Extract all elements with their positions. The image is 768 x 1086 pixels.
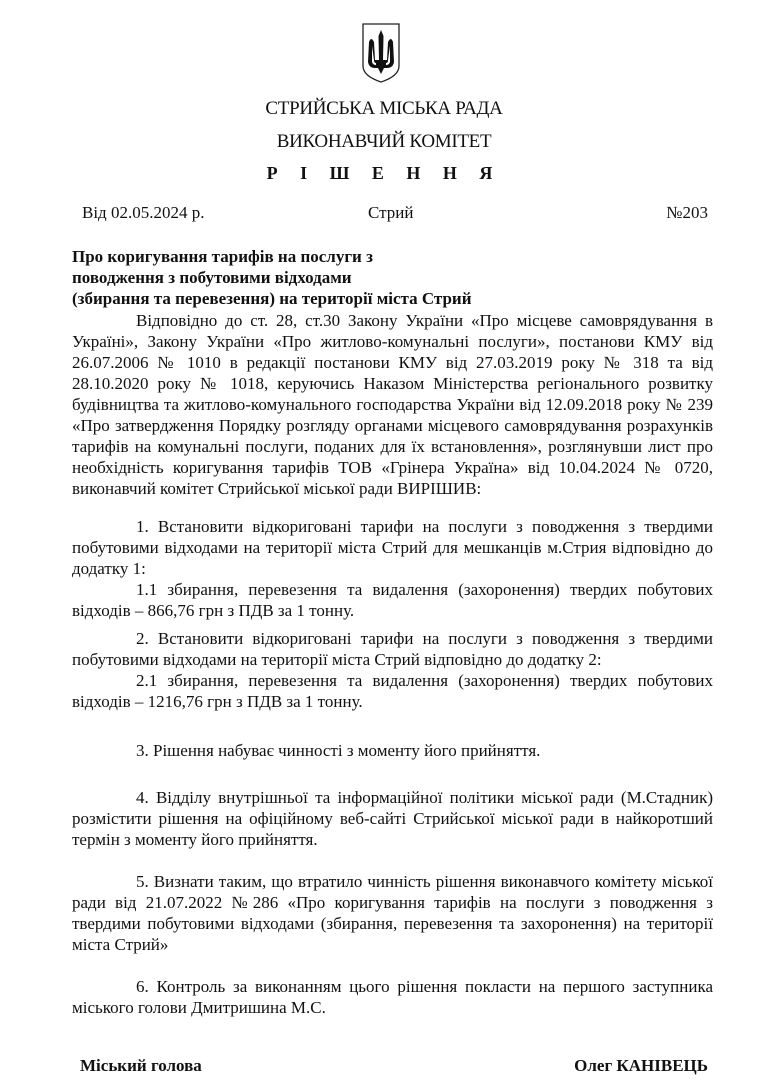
item-6: 6. Контроль за виконанням цього рішення … [72,976,713,1018]
item-4: 4. Відділу внутрішньої та інформаційної … [72,787,713,850]
item-text: 2. Встановити відкориговані тарифи на по… [72,628,713,670]
item-1: 1. Встановити відкориговані тарифи на по… [72,516,713,621]
document-page: СТРИЙСЬКА МІСЬКА РАДА ВИКОНАВЧИЙ КОМІТЕТ… [0,0,768,1086]
decision-number: №203 [666,203,708,223]
item-2: 2. Встановити відкориговані тарифи на по… [72,628,713,712]
decision-date: Від 02.05.2024 р. [82,203,204,223]
signatory-position: Міський голова [80,1056,202,1076]
title-line: поводження з побутовими відходами [72,267,572,288]
document-type: Р І Ш Е Н Н Я [0,163,768,184]
title-line: Про коригування тарифів на послуги з [72,246,572,267]
item-text: 4. Відділу внутрішньої та інформаційної … [72,787,713,850]
subitem-text: 1.1 збирання, перевезення та видалення (… [72,579,713,621]
preamble-text: Відповідно до ст. 28, ст.30 Закону Украї… [72,310,713,499]
item-5: 5. Визнати таким, що втратило чинність р… [72,871,713,955]
decision-city: Стрий [368,203,413,223]
ukraine-trident-icon [361,22,401,84]
item-text: 3. Рішення набуває чинності з моменту йо… [72,740,713,761]
preamble: Відповідно до ст. 28, ст.30 Закону Украї… [72,310,713,499]
title-line: (збирання та перевезення) на території м… [72,288,572,309]
item-3: 3. Рішення набуває чинності з моменту йо… [72,740,713,761]
committee-name: ВИКОНАВЧИЙ КОМІТЕТ [0,131,768,153]
subitem-text: 2.1 збирання, перевезення та видалення (… [72,670,713,712]
council-name: СТРИЙСЬКА МІСЬКА РАДА [0,98,768,120]
item-text: 5. Визнати таким, що втратило чинність р… [72,871,713,955]
decision-title: Про коригування тарифів на послуги з пов… [72,246,572,309]
signatory-name: Олег КАНІВЕЦЬ [574,1056,708,1076]
item-text: 6. Контроль за виконанням цього рішення … [72,976,713,1018]
item-text: 1. Встановити відкориговані тарифи на по… [72,516,713,579]
